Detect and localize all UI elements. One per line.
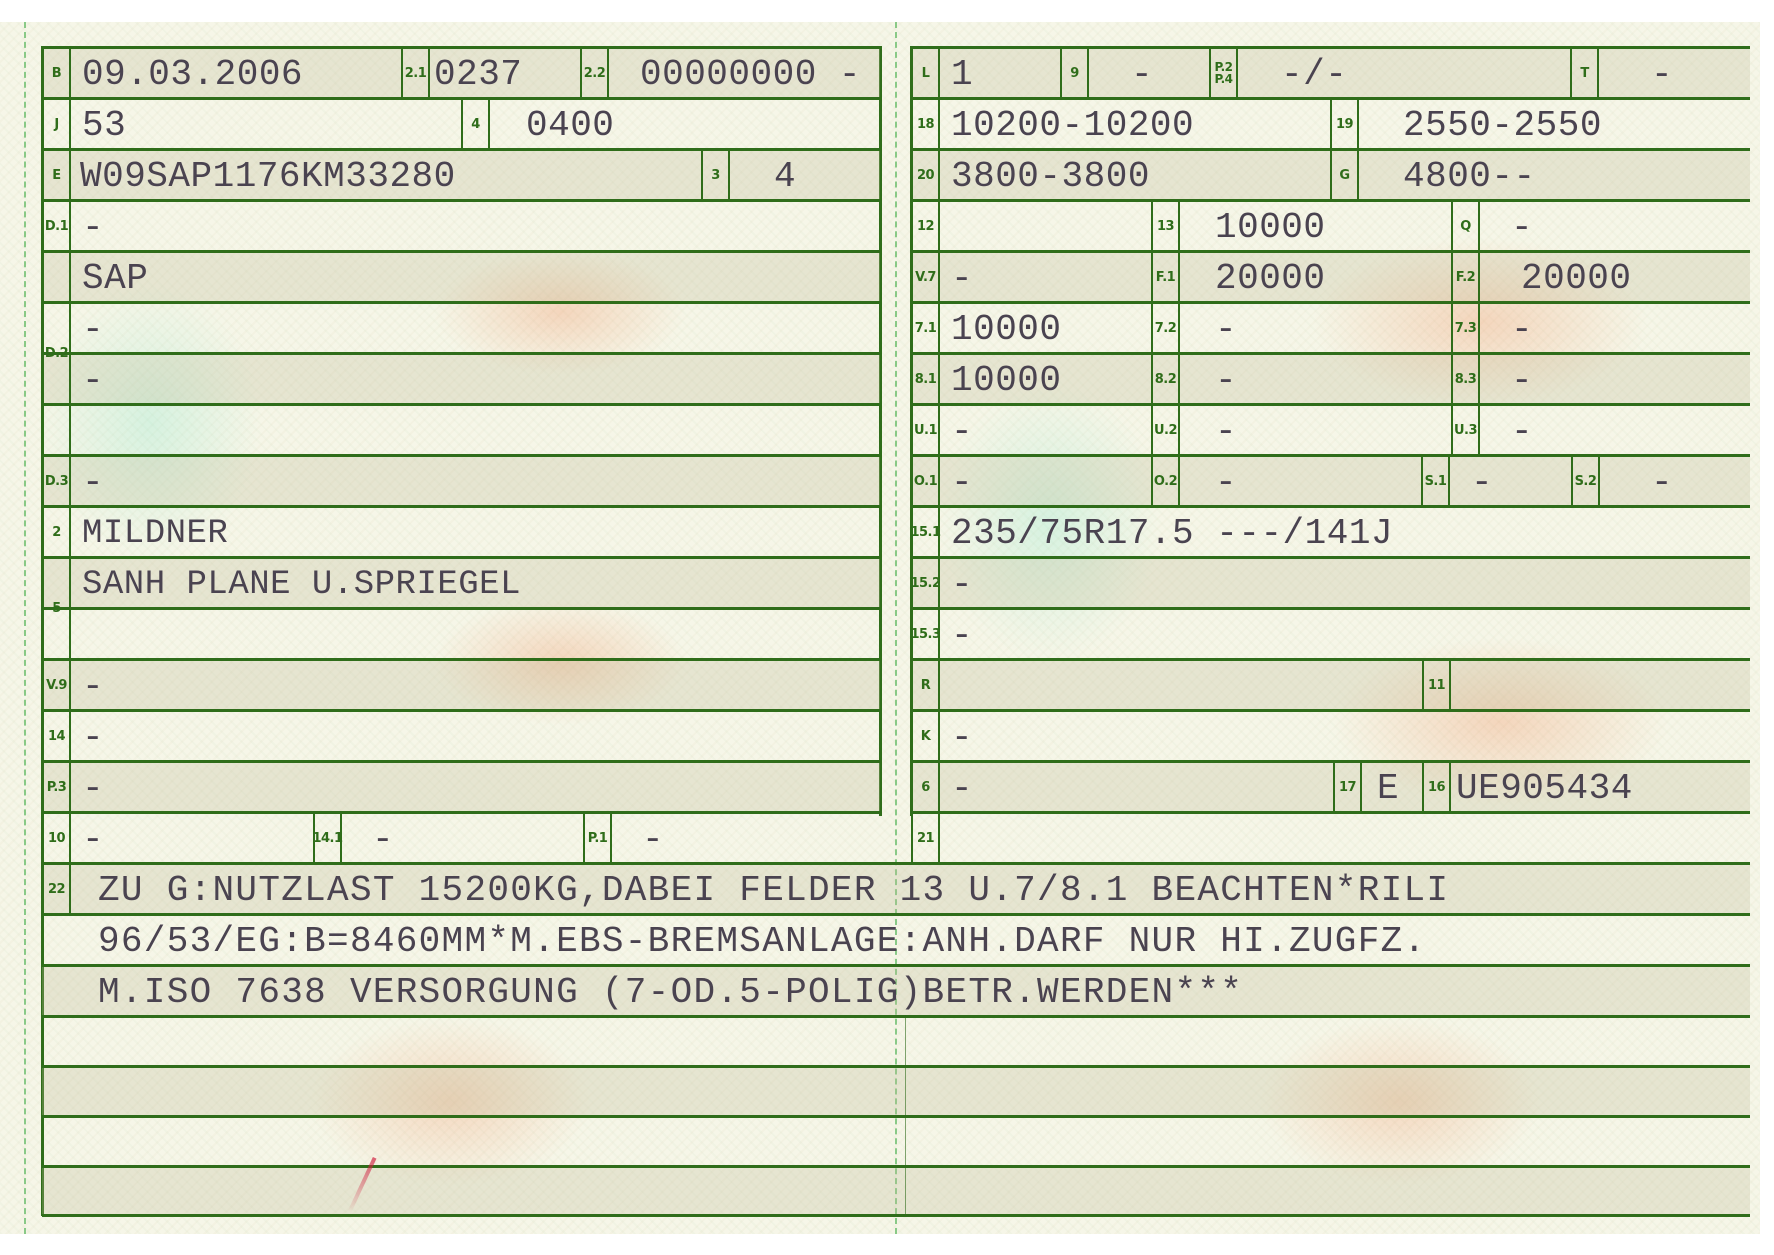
remarks-line-1: 22 ZU G:NUTZLAST 15200KG,DABEI FELDER 13… [42,862,1750,913]
field-label: 4 [461,100,490,148]
field-label: 3 [701,151,730,199]
type-approval-date-value: - [951,767,973,811]
field-row-8: 8.1 10000 8.2 - 8.3 - [911,352,1750,403]
noise-stationary-value: - [951,410,973,454]
emission-directive-value: - [82,716,104,760]
field-label: 7.2 [1151,304,1180,352]
field-row-20: 20 3800-3800 G 4800-- [911,148,1750,199]
field-row-5-line2 [42,607,880,658]
field-row-D2-line3: - [42,352,880,403]
manufacturer-code: 0237 [434,53,522,97]
field-row-12: 12 13 10000 Q - [911,199,1750,250]
field-label: 15.3 [911,610,940,658]
empty-mass-value: 4800-- [1403,155,1536,199]
field-label: 7.1 [911,304,940,352]
field-row-D2-line4 [42,403,880,454]
field-label: O.1 [911,457,940,505]
field-label: U.1 [911,406,940,454]
blank-row [42,1065,1750,1116]
field-row-D2-line1: SAP [42,250,880,301]
version-value: - [82,359,104,403]
tyre-axle-1-value: 235/75R17.5 ---/141J [951,512,1393,556]
field-label: F.1 [1151,253,1180,301]
standing-places-value: - [1651,461,1673,505]
field-label: 7.3 [1451,304,1480,352]
field-label: 11 [1422,661,1451,709]
field-row-15-1: 15.1 235/75R17.5 ---/141J [911,505,1750,556]
field-row-10: 10 - 14.1 - P.1 - [42,811,880,862]
field-label: F.2 [1451,253,1480,301]
fuel-code-value: - [82,818,104,862]
axle-load-1-value: 10000 [951,308,1062,352]
type-value: SAP [82,257,148,301]
tyre-axle-3-value: - [951,614,973,658]
body-designation-value: SANH PLANE U.SPRIEGEL [82,563,521,607]
field-label: V.9 [42,661,71,709]
field-label: S.2 [1571,457,1600,505]
field-label: 18 [911,100,940,148]
field-label: 20 [911,151,940,199]
field-label: P.1 [583,814,612,862]
field-label: 10 [42,814,71,862]
field-row-O: O.1 - O.2 - S.1 - S.2 - [911,454,1750,505]
field-row-14: 14 - [42,709,880,760]
towable-braked-value: - [951,461,973,505]
field-label: V.7 [911,253,940,301]
max-mass-permitted-value: 20000 [1521,257,1632,301]
field-label: D.2 [42,252,71,454]
permitted-axle-load-3-value: - [1511,359,1533,403]
operating-permit-value: E [1377,767,1399,811]
field-row-D2-line2: - [42,301,880,352]
field-label: 12 [911,202,940,250]
emission-code-value: - [372,818,394,862]
height-value: 3800-3800 [951,155,1150,199]
field-label: Q [1451,202,1480,250]
engine-speed-value: - [1215,410,1237,454]
field-label: J [42,100,71,148]
remarks-line-3: M.ISO 7638 VERSORGUNG (7-OD.5-POLIG)BETR… [42,964,1750,1015]
field-row-K: K - [911,709,1750,760]
noise-driving-value: - [1511,410,1533,454]
field-label: 2.1 [401,49,430,97]
field-label: 14.1 [313,814,342,862]
field-label: 19 [1330,100,1359,148]
field-label: 15.2 [911,559,940,607]
field-row-D3: D.3 - [42,454,880,505]
field-row-U: U.1 - U.2 - U.3 - [911,403,1750,454]
field-label: 13 [1151,202,1180,250]
powered-axles-value: - [1131,53,1153,97]
field-row-6: 6 - 17 E 16 UE905434 [911,760,1750,811]
field-label: L [911,49,940,97]
blank-row [42,1165,1750,1215]
field-row-E: E W09SAP1176KM33280 3 4 [42,148,880,199]
field-label: 22 [42,865,71,913]
co2-value: - [951,257,973,301]
power-weight-ratio-value: - [1511,206,1533,250]
field-label: 16 [1422,763,1451,811]
bottom-rule [42,1214,1750,1217]
field-label: D.1 [42,202,71,250]
field-label: U.2 [1151,406,1180,454]
remarks-line-2: 96/53/EG:B=8460MM*M.EBS-BREMSANLAGE:ANH.… [42,913,1750,964]
body-type-value: 0400 [526,104,614,148]
field-row-2: 2 MILDNER [42,505,880,556]
field-label: T [1570,49,1599,97]
field-label: R [911,661,940,709]
field-label: U.3 [1451,406,1480,454]
field-row-J: J 53 4 0400 [42,97,880,148]
field-label: P.2 P.4 [1209,49,1238,97]
tyre-axle-2-value: - [951,563,973,607]
field-label: 15.1 [911,508,940,556]
permitted-axle-load-1-value: 10000 [951,359,1062,403]
trade-name-value: - [82,461,104,505]
field-label: 14 [42,712,71,760]
variant-value: - [82,308,104,352]
towable-unbraked-value: - [1215,461,1237,505]
field-label: E [42,151,71,199]
field-label: D.3 [42,457,71,505]
faint-center-rule [905,1015,906,1215]
field-row-21: 21 [911,811,1750,862]
max-speed-value: - [1651,53,1673,97]
field-label: 8.1 [911,355,940,403]
seats-value: - [1471,461,1493,505]
fuel-type-value: - [82,767,104,811]
emission-class-value: - [82,665,104,709]
field-row-18: 18 10200-10200 19 2550-2550 [911,97,1750,148]
field-label: 6 [911,763,940,811]
vin-value: W09SAP1176KM33280 [80,155,456,199]
remarks-text: M.ISO 7638 VERSORGUNG (7-OD.5-POLIG)BETR… [98,971,1243,1015]
vehicle-class-value: 53 [82,104,126,148]
make-value: - [82,206,104,250]
blank-row [42,1015,1750,1066]
fold-line-left [24,22,26,1234]
field-row-B: B 09.03.2006 2.1 0237 2.2 00000000 - [42,46,880,97]
type-variant-code: 00000000 - [640,53,861,97]
field-row-P3: P.3 - [42,760,880,811]
axles-value: 1 [951,53,973,97]
first-registration-date: 09.03.2006 [82,53,303,97]
field-label: K [911,712,940,760]
blank-row [42,1115,1750,1166]
field-row-L: L 1 9 - P.2 P.4 -/- T - [911,46,1750,97]
permitted-axle-load-2-value: - [1215,359,1237,403]
support-load-value: 10000 [1215,206,1326,250]
field-label: 21 [911,814,940,862]
field-row-7: 7.1 10000 7.2 - 7.3 - [911,301,1750,352]
field-label: 2 [42,508,71,556]
field-row-V7: V.7 - F.1 20000 F.2 20000 [911,250,1750,301]
width-value: 2550-2550 [1403,104,1602,148]
field-row-5-line1: SANH PLANE U.SPRIEGEL [42,556,880,607]
length-value: 10200-10200 [951,104,1194,148]
field-label: S.1 [1421,457,1450,505]
field-label: O.2 [1151,457,1180,505]
field-label: 5 [42,558,71,658]
field-label: 17 [1333,763,1362,811]
field-row-15-2: 15.2 - [911,556,1750,607]
axle-load-3-value: - [1511,308,1533,352]
axle-load-2-value: - [1215,308,1237,352]
power-speed-value: -/- [1281,53,1347,97]
max-mass-technical-value: 20000 [1215,257,1326,301]
field-label-bottom: P.4 [1215,73,1233,85]
certificate-number-value: UE905434 [1456,767,1633,811]
field-row-D1: D.1 - [42,199,880,250]
field-label: B [42,49,71,97]
remarks-text: ZU G:NUTZLAST 15200KG,DABEI FELDER 13 U.… [98,869,1449,913]
field-row-V9: V.9 - [42,658,880,709]
displacement-value: - [642,818,664,862]
remarks-text: 96/53/EG:B=8460MM*M.EBS-BREMSANLAGE:ANH.… [98,920,1426,964]
field-label: 2.2 [580,49,609,97]
field-row-15-3: 15.3 - [911,607,1750,658]
field-label: 8.3 [1451,355,1480,403]
field-label: 8.2 [1151,355,1180,403]
field-label: P.3 [42,763,71,811]
check-digit-value: 4 [774,155,796,199]
field-row-R: R 11 [911,658,1750,709]
field-label: 9 [1060,49,1089,97]
field-label: G [1330,151,1359,199]
type-approval-value: - [951,716,973,760]
manufacturer-value: MILDNER [82,512,228,556]
